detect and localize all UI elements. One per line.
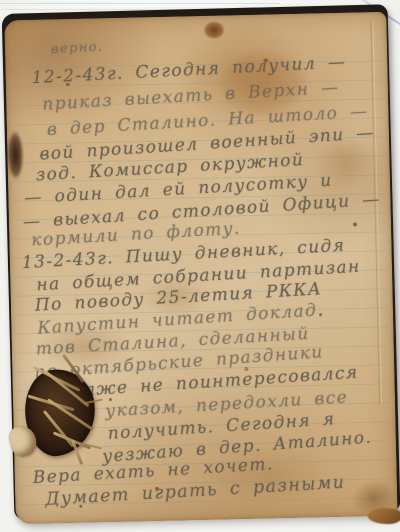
binding-burn-mark (5, 124, 26, 186)
torn-hole-fibers (12, 360, 106, 470)
speck (353, 222, 357, 226)
ink-blot-stain (200, 18, 228, 42)
diary-page: верно. 12-2-43г. Сегодня получил — прика… (4, 12, 397, 525)
speck (319, 313, 322, 316)
torn-corner (367, 506, 400, 526)
paper-crease (370, 20, 382, 406)
handwriting-line-1: верно. (51, 39, 104, 57)
